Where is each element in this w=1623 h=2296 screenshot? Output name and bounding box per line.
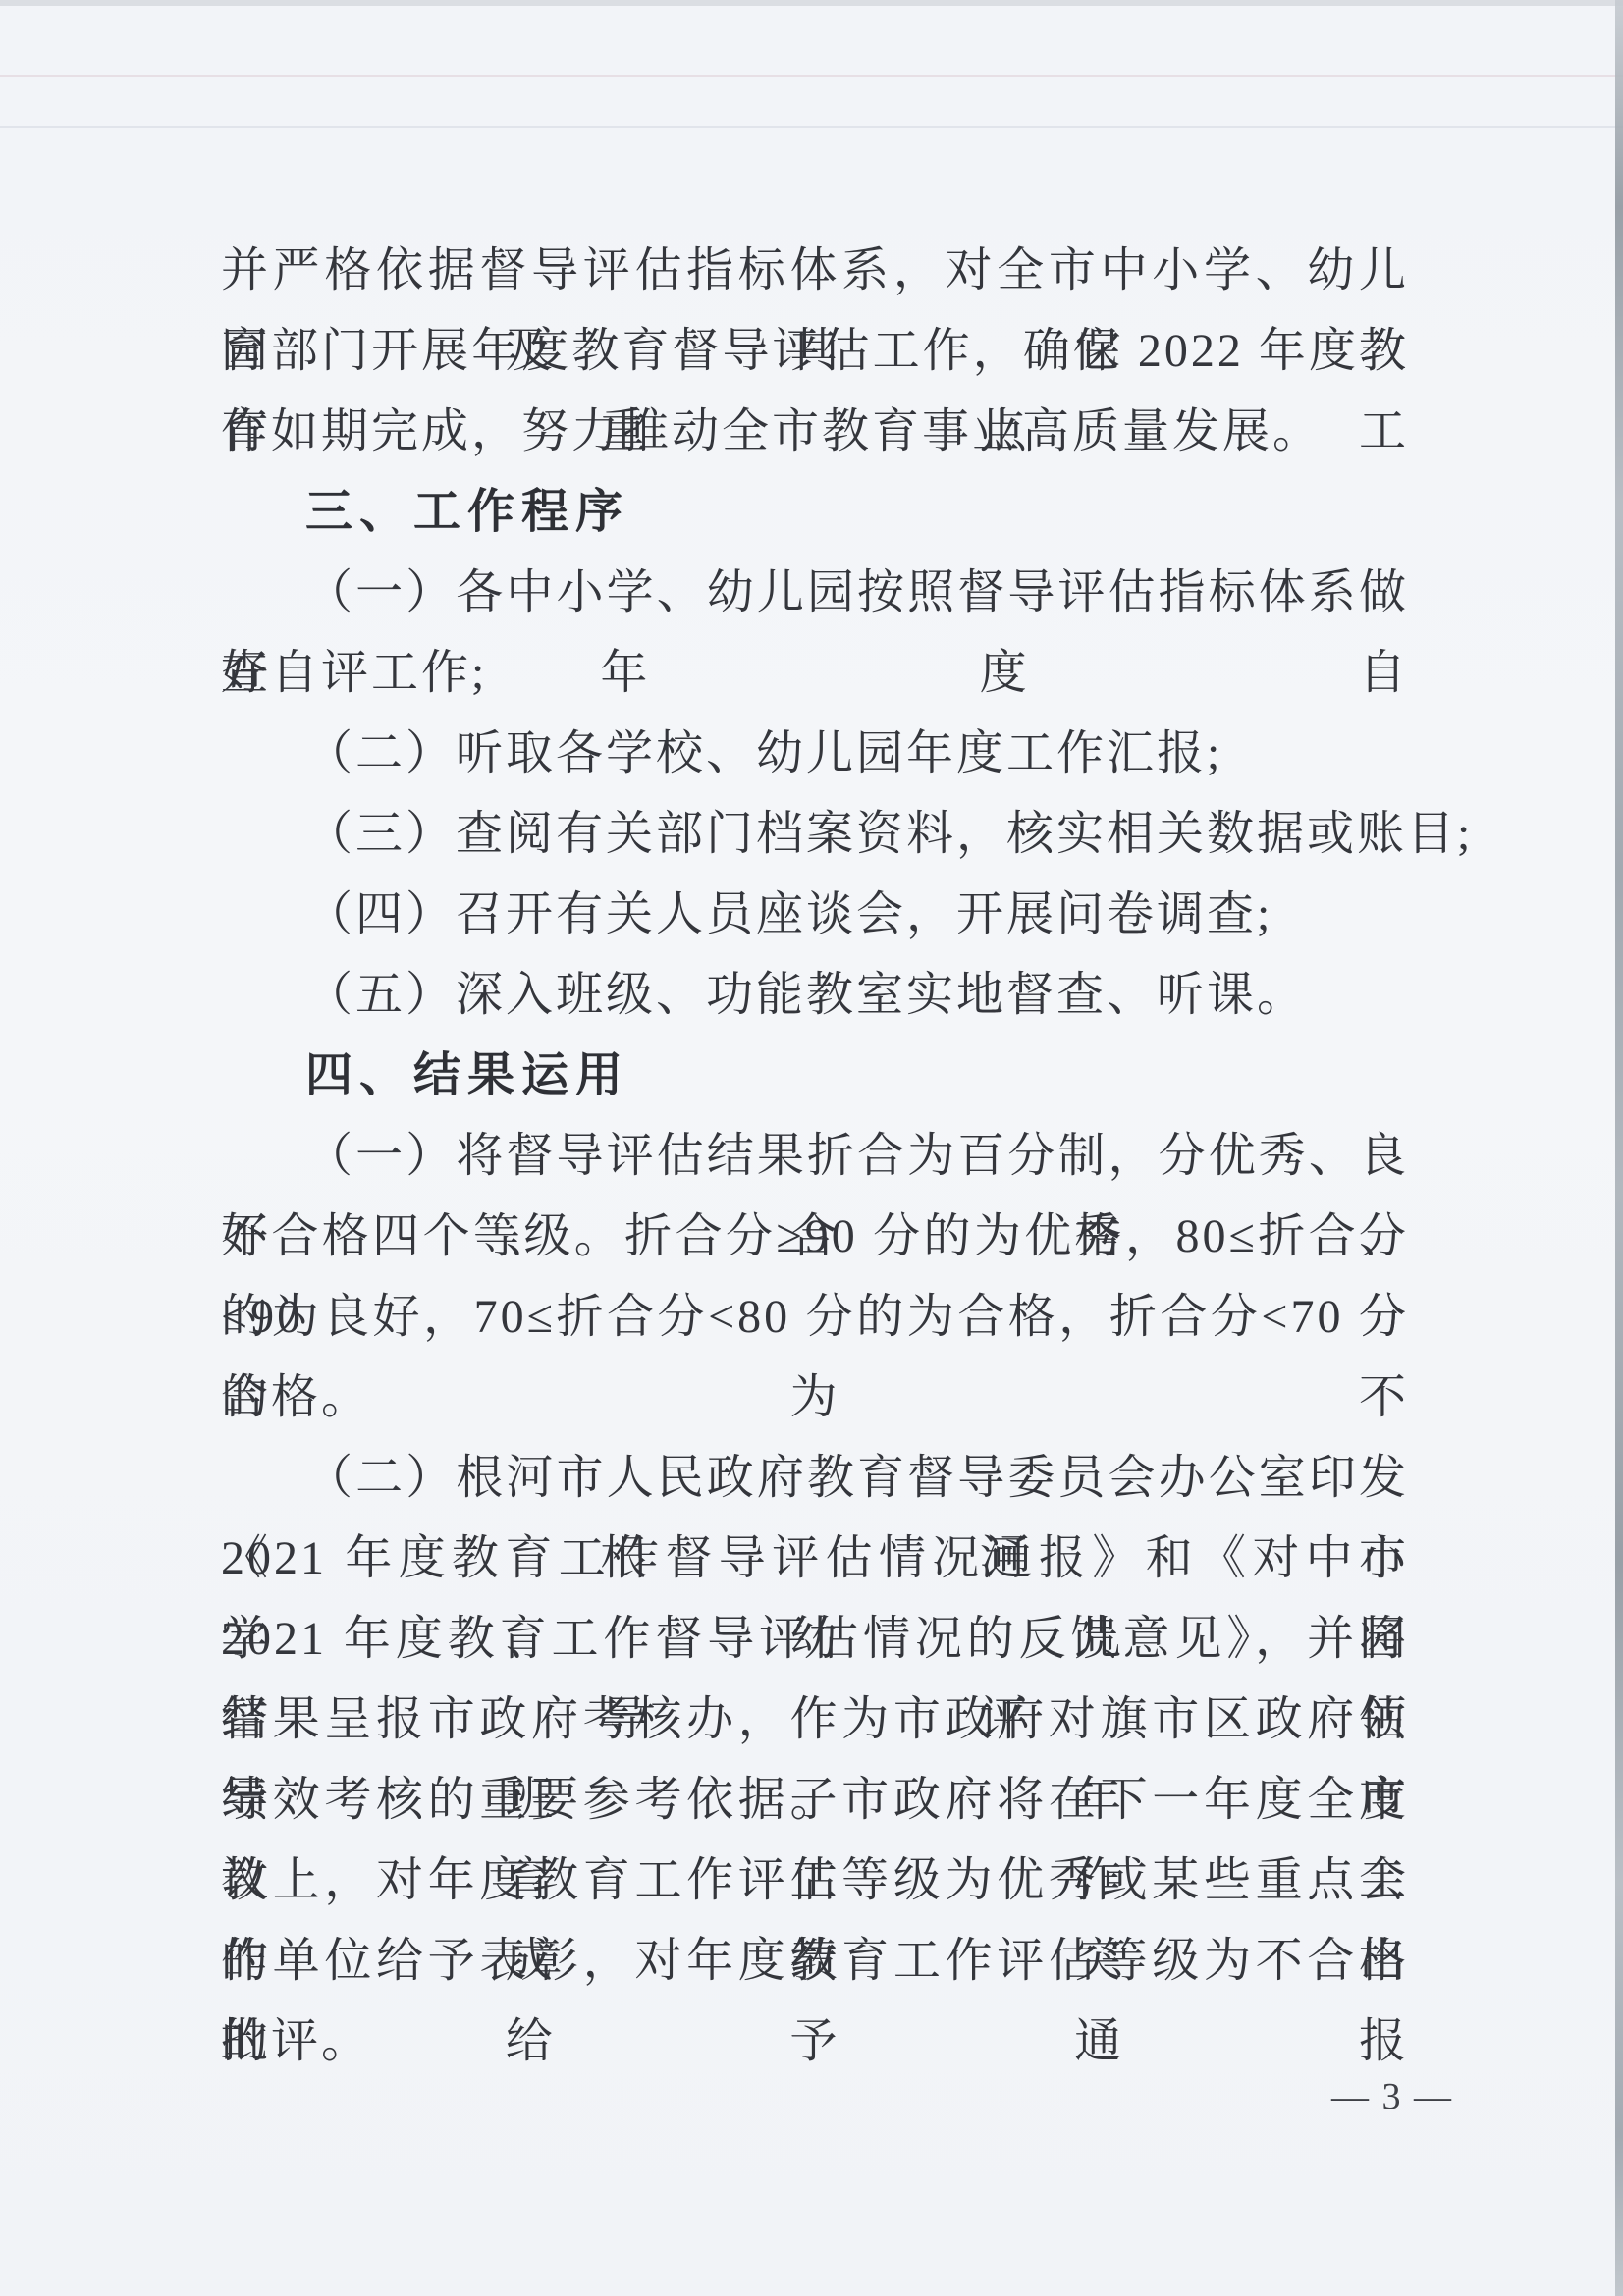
- text-line: 作如期完成，努力推动全市教育事业高质量发展。: [221, 392, 1409, 472]
- scan-artifact-line: [0, 75, 1623, 77]
- text-line: 结果呈报市政府考核办，作为市政府对旗市区政府领导班子年度: [221, 1680, 1409, 1760]
- text-line: 不合格四个等级。折合分≥90 分的为优秀，80≤折合分<90 分: [221, 1197, 1409, 1277]
- text-line: 的单位给予表彰，对年度教育工作评估等级为不合格的给予通报: [221, 1921, 1409, 2002]
- text-line: （四）召开有关人员座谈会，开展问卷调查;: [221, 875, 1409, 955]
- text-line: 育部门开展年度教育督导评估工作，确保 2022 年度教育重点工: [221, 311, 1409, 392]
- document-body-text: 并严格依据督导评估指标体系，对全市中小学、幼儿园及其它教 育部门开展年度教育督导…: [221, 231, 1409, 2082]
- text-line: （二）根河市人民政府教育督导委员会办公室印发《根河市: [221, 1438, 1409, 1519]
- text-line: 2021 年度教育工作督导评估情况通报》和《对中小学、幼儿园: [221, 1519, 1409, 1599]
- text-line: （二）听取各学校、幼儿园年度工作汇报;: [221, 714, 1409, 794]
- scan-top-shadow: [0, 0, 1623, 6]
- text-line: （三）查阅有关部门档案资料，核实相关数据或账目;: [221, 794, 1409, 875]
- text-line: 绩效考核的重要参考依据。市政府将在下一年度全市教育工作会: [221, 1760, 1409, 1841]
- text-line: 2021 年度教育工作督导评估情况的反馈意见》，并将督导评估: [221, 1599, 1409, 1680]
- text-line: （一）将督导评估结果折合为百分制，分优秀、良好、合格、: [221, 1116, 1409, 1197]
- section-heading: 四、结果运用: [221, 1036, 1409, 1116]
- scan-artifact-line: [0, 126, 1623, 128]
- text-line: （一）各中小学、幼儿园按照督导评估指标体系做好年度自: [221, 553, 1409, 633]
- text-line: 议上，对年度教育工作评估等级为优秀或某些重点工作成绩突出: [221, 1841, 1409, 1921]
- scan-edge-shadow: [1615, 0, 1623, 2296]
- scanned-document-page: 并严格依据督导评估指标体系，对全市中小学、幼儿园及其它教 育部门开展年度教育督导…: [0, 0, 1623, 2296]
- text-line: 的为良好，70≤折合分<80 分的为合格，折合分<70 分的为不: [221, 1277, 1409, 1358]
- page-number: — 3 —: [1331, 2073, 1453, 2120]
- section-heading: 三、工作程序: [221, 472, 1409, 553]
- text-line: 并严格依据督导评估指标体系，对全市中小学、幼儿园及其它教: [221, 231, 1409, 311]
- text-line: （五）深入班级、功能教室实地督查、听课。: [221, 955, 1409, 1036]
